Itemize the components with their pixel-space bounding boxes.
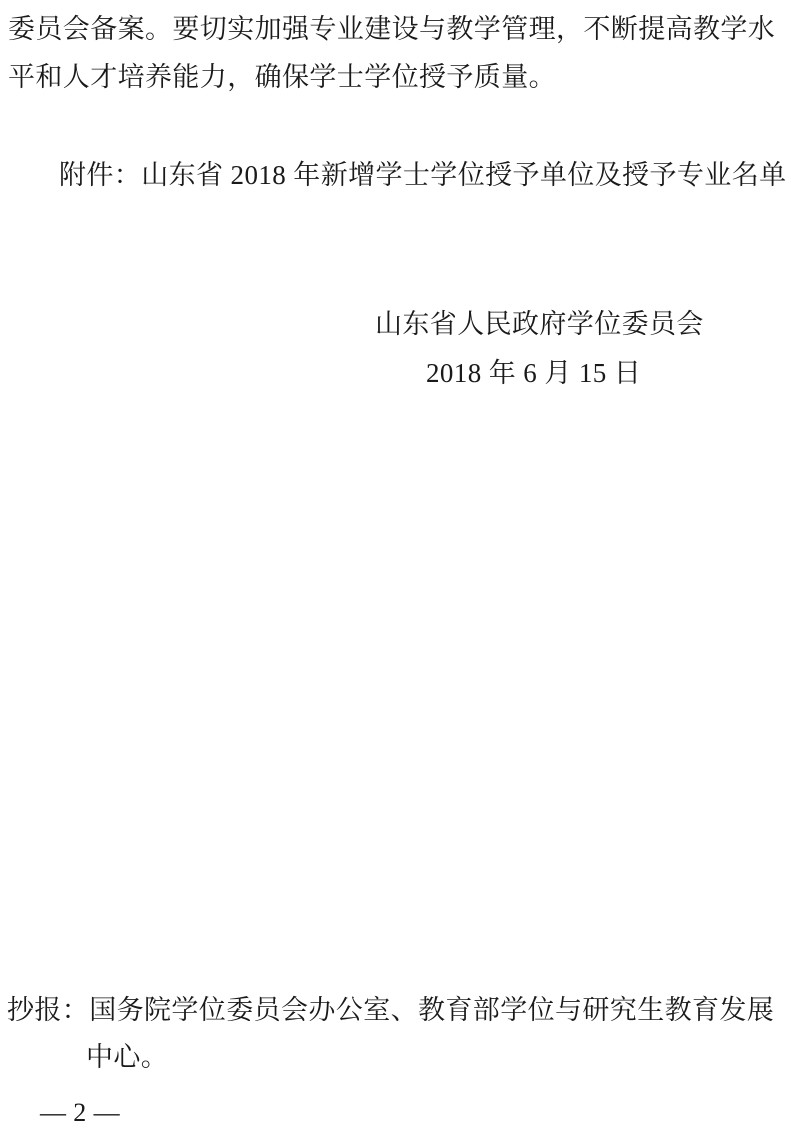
body-paragraph-line-2: 平和人才培养能力，确保学士学位授予质量。 xyxy=(8,61,556,93)
attachment-reference-line: 附件：山东省 2018 年新增学士学位授予单位及授予专业名单 xyxy=(59,159,787,191)
issuer-name: 山东省人民政府学位委员会 xyxy=(375,308,704,340)
cc-note-line-1: 抄报：国务院学位委员会办公室、教育部学位与研究生教育发展 xyxy=(7,994,774,1026)
issue-date: 2018 年 6 月 15 日 xyxy=(426,357,641,389)
page-number: — 2 — xyxy=(40,1097,120,1128)
document-page: 委员会备案。要切实加强专业建设与教学管理，不断提高教学水 平和人才培养能力，确保… xyxy=(0,0,800,1131)
body-paragraph-line-1: 委员会备案。要切实加强专业建设与教学管理，不断提高教学水 xyxy=(8,13,775,45)
cc-note-line-2: 中心。 xyxy=(86,1041,168,1073)
